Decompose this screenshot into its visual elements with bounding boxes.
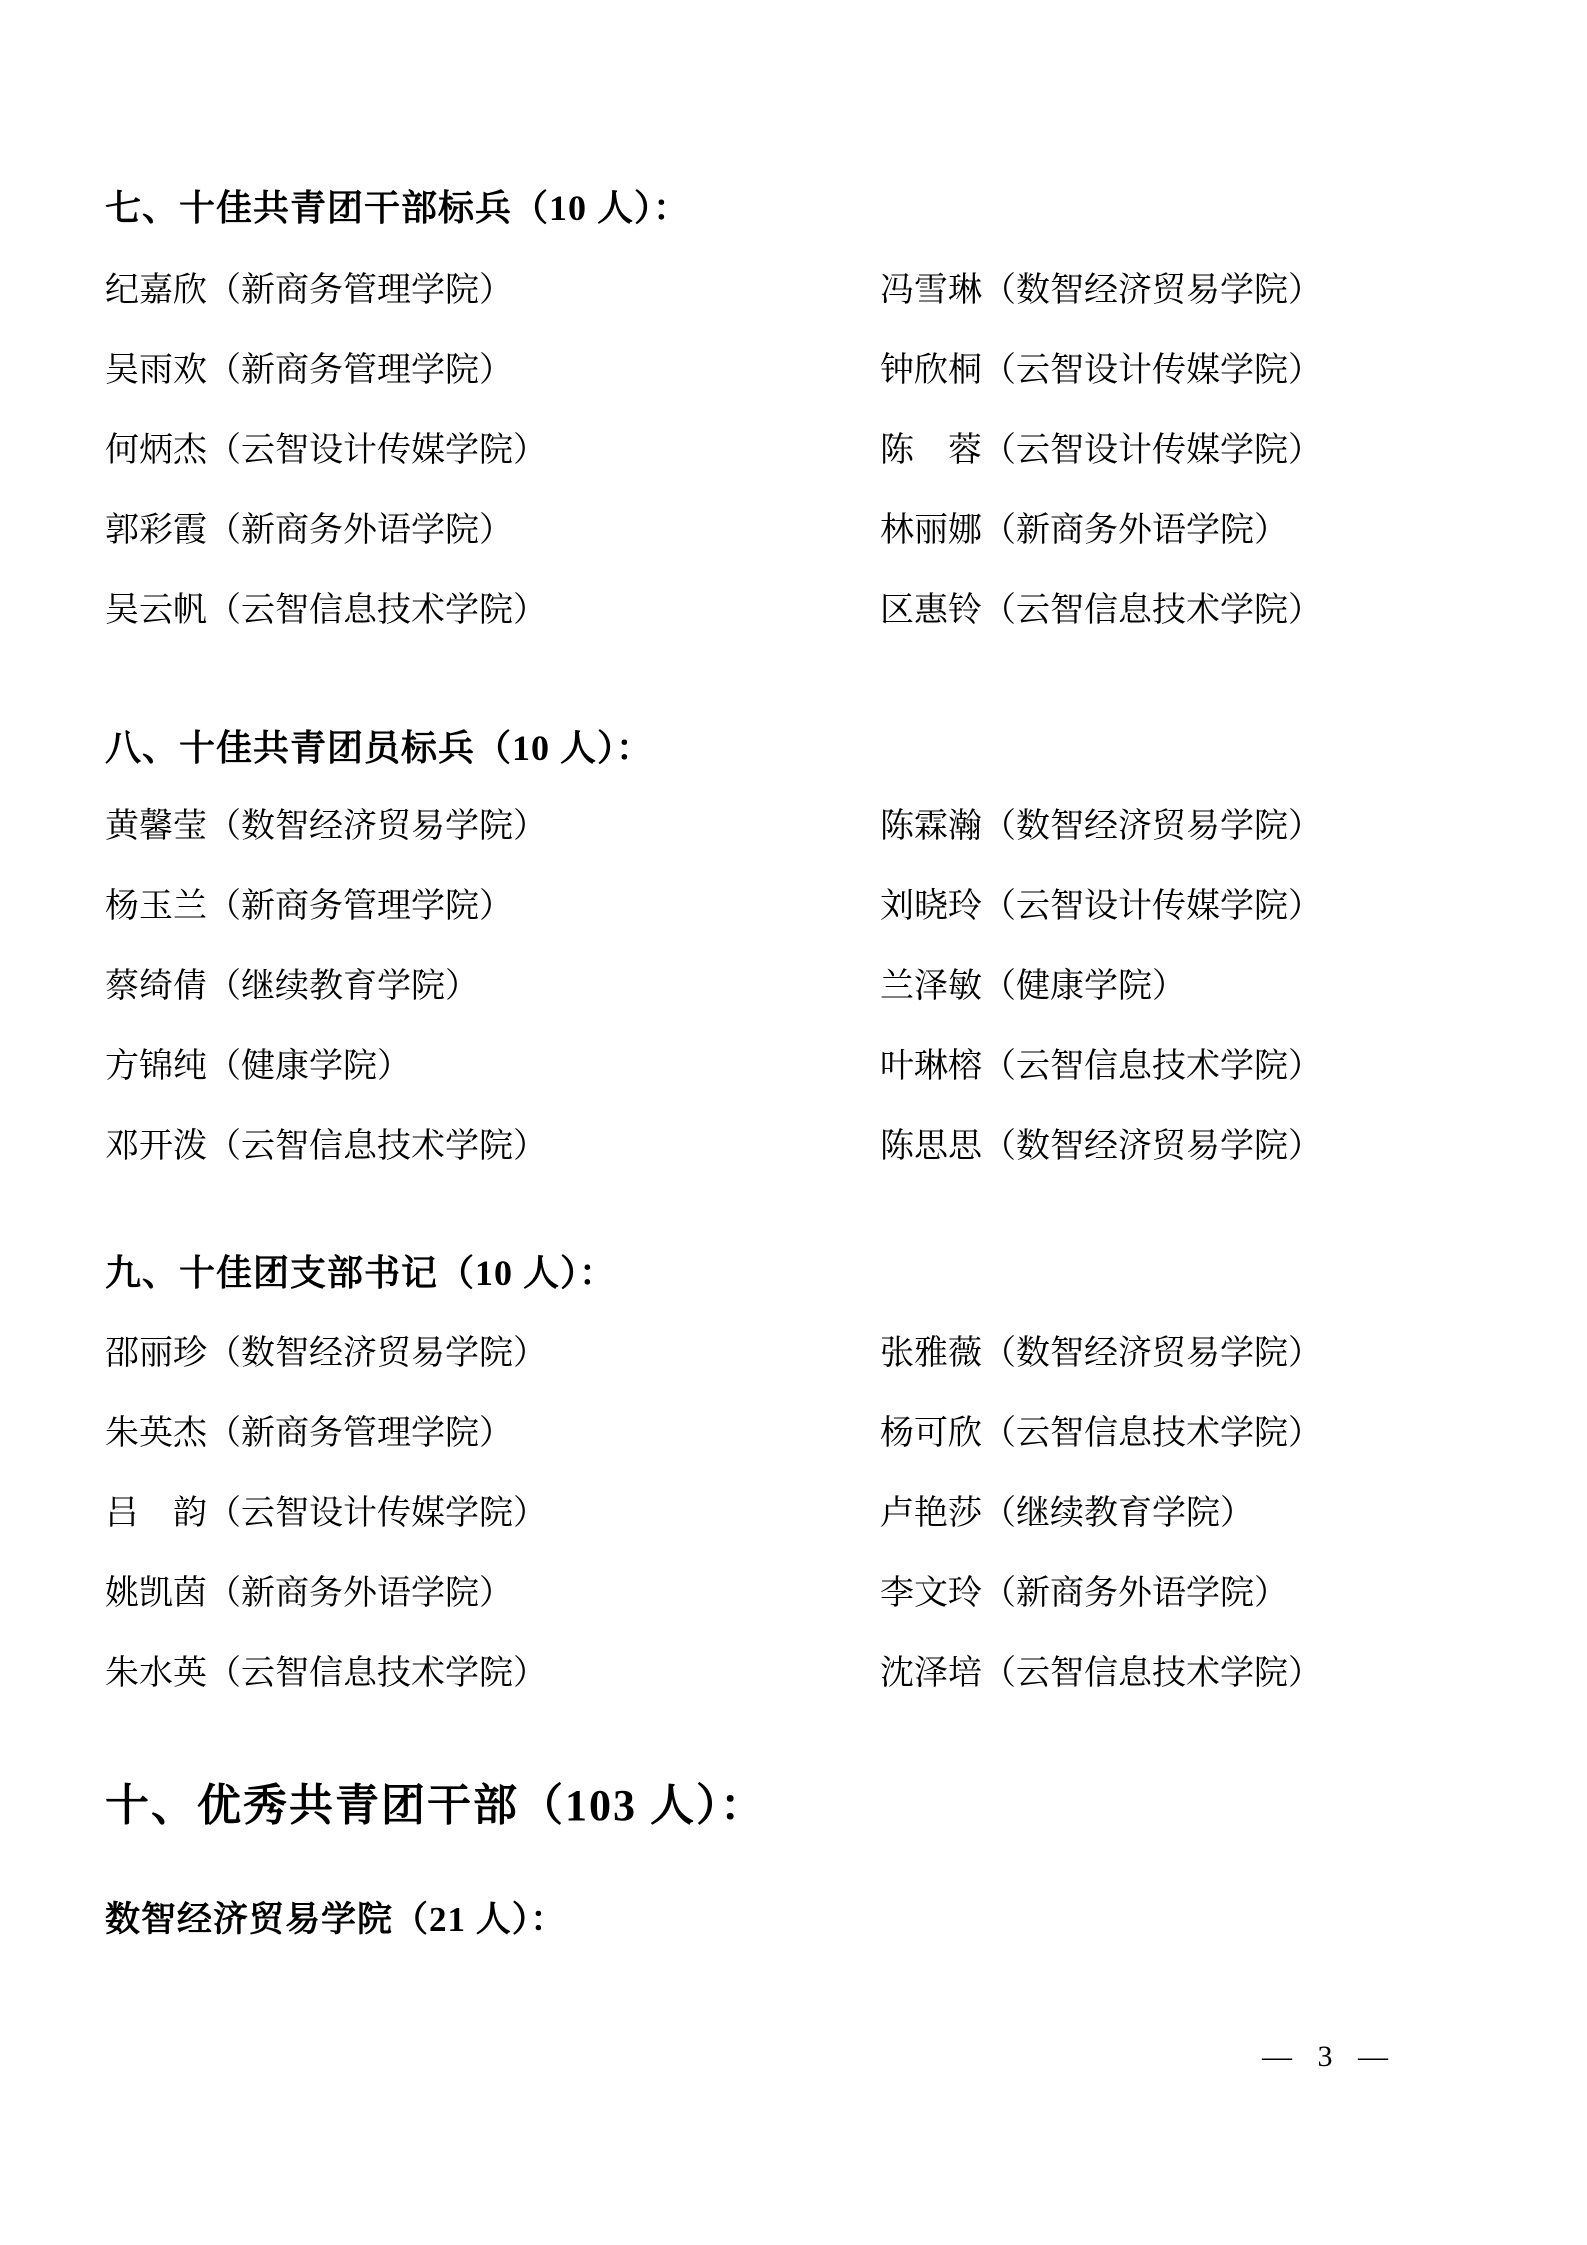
awardee-left: 杨玉兰（新商务管理学院） <box>105 890 880 924</box>
awardee-right: 张雅薇（数智经济贸易学院） <box>880 1337 1527 1371</box>
awardee-right: 沈泽培（云智信息技术学院） <box>880 1657 1527 1691</box>
awardee-right: 陈思思（数智经济贸易学院） <box>880 1130 1527 1164</box>
awardee-row: 纪嘉欣（新商务管理学院） 冯雪琳（数智经济贸易学院） <box>105 274 1527 308</box>
awardee-left: 邓开泼（云智信息技术学院） <box>105 1130 880 1164</box>
section-9-heading: 九、十佳团支部书记（10 人）： <box>105 1255 1527 1291</box>
awardee-right: 区惠铃（云智信息技术学院） <box>880 594 1527 628</box>
awardee-left: 邵丽珍（数智经济贸易学院） <box>105 1337 880 1371</box>
awardee-left: 吕 韵（云智设计传媒学院） <box>105 1497 880 1531</box>
awardee-row: 朱水英（云智信息技术学院） 沈泽培（云智信息技术学院） <box>105 1657 1527 1691</box>
awardee-right: 李文玲（新商务外语学院） <box>880 1577 1527 1611</box>
awardee-row: 方锦纯（健康学院） 叶琳榕（云智信息技术学院） <box>105 1050 1527 1084</box>
awardee-left: 吴云帆（云智信息技术学院） <box>105 594 880 628</box>
awardee-left: 蔡绮倩（继续教育学院） <box>105 970 880 1004</box>
awardee-row: 邓开泼（云智信息技术学院） 陈思思（数智经济贸易学院） <box>105 1130 1527 1164</box>
awardee-left: 朱英杰（新商务管理学院） <box>105 1417 880 1451</box>
awardee-left: 黄馨莹（数智经济贸易学院） <box>105 810 880 844</box>
awardee-right: 叶琳榕（云智信息技术学院） <box>880 1050 1527 1084</box>
awardee-row: 吴云帆（云智信息技术学院） 区惠铃（云智信息技术学院） <box>105 594 1527 628</box>
awardee-row: 朱英杰（新商务管理学院） 杨可欣（云智信息技术学院） <box>105 1417 1527 1451</box>
awardee-right: 陈霖瀚（数智经济贸易学院） <box>880 810 1527 844</box>
awardee-left: 方锦纯（健康学院） <box>105 1050 880 1084</box>
section-10-heading: 十、优秀共青团干部（103 人）： <box>105 1784 1527 1828</box>
awardee-row: 郭彩霞（新商务外语学院） 林丽娜（新商务外语学院） <box>105 514 1527 548</box>
awardee-left: 纪嘉欣（新商务管理学院） <box>105 274 880 308</box>
awardee-left: 何炳杰（云智设计传媒学院） <box>105 434 880 468</box>
awardee-right: 兰泽敏（健康学院） <box>880 970 1527 1004</box>
document-content: 七、十佳共青团干部标兵（10 人）： 纪嘉欣（新商务管理学院） 冯雪琳（数智经济… <box>105 190 1527 1937</box>
awardee-row: 吕 韵（云智设计传媒学院） 卢艳莎（继续教育学院） <box>105 1497 1527 1531</box>
awardee-right: 林丽娜（新商务外语学院） <box>880 514 1527 548</box>
document-page: 七、十佳共青团干部标兵（10 人）： 纪嘉欣（新商务管理学院） 冯雪琳（数智经济… <box>0 0 1587 2245</box>
awardee-row: 吴雨欢（新商务管理学院） 钟欣桐（云智设计传媒学院） <box>105 354 1527 388</box>
awardee-left: 吴雨欢（新商务管理学院） <box>105 354 880 388</box>
awardee-right: 卢艳莎（继续教育学院） <box>880 1497 1527 1531</box>
awardee-row: 邵丽珍（数智经济贸易学院） 张雅薇（数智经济贸易学院） <box>105 1337 1527 1371</box>
awardee-left: 朱水英（云智信息技术学院） <box>105 1657 880 1691</box>
college-subheading: 数智经济贸易学院（21 人）： <box>105 1902 1527 1937</box>
awardee-row: 蔡绮倩（继续教育学院） 兰泽敏（健康学院） <box>105 970 1527 1004</box>
awardee-right: 杨可欣（云智信息技术学院） <box>880 1417 1527 1451</box>
awardee-right: 钟欣桐（云智设计传媒学院） <box>880 354 1527 388</box>
awardee-right: 刘晓玲（云智设计传媒学院） <box>880 890 1527 924</box>
page-number: — 3 — <box>1262 2042 1388 2072</box>
awardee-row: 杨玉兰（新商务管理学院） 刘晓玲（云智设计传媒学院） <box>105 890 1527 924</box>
awardee-row: 黄馨莹（数智经济贸易学院） 陈霖瀚（数智经济贸易学院） <box>105 810 1527 844</box>
awardee-left: 郭彩霞（新商务外语学院） <box>105 514 880 548</box>
awardee-left: 姚凯茵（新商务外语学院） <box>105 1577 880 1611</box>
awardee-right: 陈 蓉（云智设计传媒学院） <box>880 434 1527 468</box>
awardee-row: 何炳杰（云智设计传媒学院） 陈 蓉（云智设计传媒学院） <box>105 434 1527 468</box>
awardee-right: 冯雪琳（数智经济贸易学院） <box>880 274 1527 308</box>
section-8-heading: 八、十佳共青团员标兵（10 人）： <box>105 730 1527 766</box>
section-7-heading: 七、十佳共青团干部标兵（10 人）： <box>105 190 1527 226</box>
awardee-row: 姚凯茵（新商务外语学院） 李文玲（新商务外语学院） <box>105 1577 1527 1611</box>
